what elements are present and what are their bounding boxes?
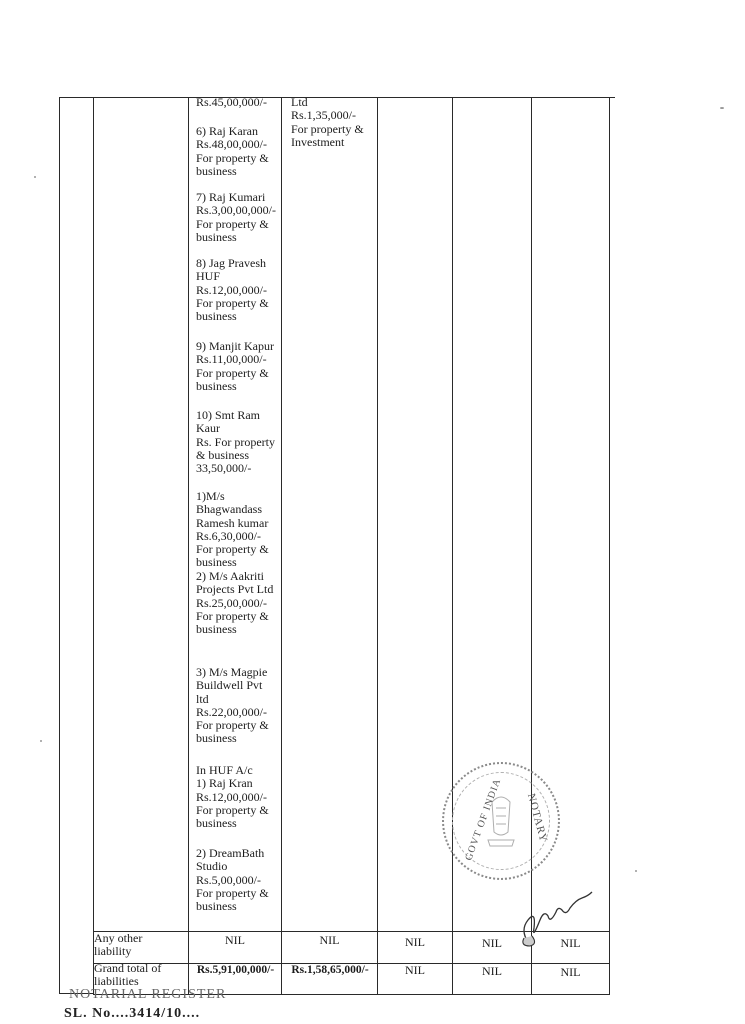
grand-total-value: NIL: [378, 964, 452, 977]
liability-entry: 3) M/s Magpie Buildwell Pvt ltd Rs.22,00…: [196, 666, 286, 746]
liability-entry: 10) Smt Ram Kaur Rs. For property & busi…: [196, 409, 286, 475]
notarial-register-label: NOTARIAL REGISTER: [69, 987, 226, 1003]
column-divider-1: [93, 97, 94, 995]
column-divider-2: [188, 97, 189, 995]
liability-entry: 1)M/s Bhagwandass Ramesh kumar Rs.6,30,0…: [196, 490, 286, 570]
notary-stamp: GOVT OF INDIA NOTARY: [442, 762, 560, 880]
grand-total-value: NIL: [453, 965, 531, 978]
scan-speck: [34, 176, 36, 178]
serial-number: SL. No....3414/10....: [64, 1006, 200, 1022]
liability-entry: In HUF A/c 1) Raj Kran Rs.12,00,000/- Fo…: [196, 764, 286, 830]
grand-total-value: NIL: [532, 966, 609, 979]
scan-speck: [720, 107, 724, 109]
scan-speck: [40, 740, 42, 742]
liability-entry: 2) DreamBath Studio Rs.5,00,000/- For pr…: [196, 847, 286, 913]
liability-entry: 9) Manjit Kapur Rs.11,00,000/- For prope…: [196, 340, 286, 393]
row-label-grand-total: Grand total of liabilities: [94, 962, 186, 989]
table-right-border: [609, 97, 610, 995]
liability-entry: 8) Jag Pravesh HUF Rs.12,00,000/- For pr…: [196, 257, 286, 323]
grand-total-value: Rs.5,91,00,000/-: [189, 964, 282, 977]
liability-entry-col4: Ltd Rs.1,35,000/- For property & Investm…: [291, 96, 376, 149]
column-divider-4: [377, 97, 378, 995]
grand-total-value: Rs.1,58,65,000/-: [282, 964, 378, 977]
signature-icon: [510, 880, 600, 950]
any-other-liability-value: NIL: [282, 934, 377, 947]
any-other-liability-value: NIL: [189, 934, 281, 947]
row-label-any-other-liability: Any other liability: [94, 932, 186, 959]
liability-entry: 6) Raj Karan Rs.48,00,000/- For property…: [196, 125, 286, 178]
scan-speck: [635, 870, 637, 872]
liability-entry: Rs.45,00,000/-: [196, 96, 286, 109]
table-left-border: [59, 97, 60, 994]
liability-entry: 7) Raj Kumari Rs.3,00,00,000/- For prope…: [196, 191, 286, 244]
any-other-liability-value: NIL: [378, 936, 452, 949]
liability-entry: 2) M/s Aakriti Projects Pvt Ltd Rs.25,00…: [196, 570, 286, 636]
